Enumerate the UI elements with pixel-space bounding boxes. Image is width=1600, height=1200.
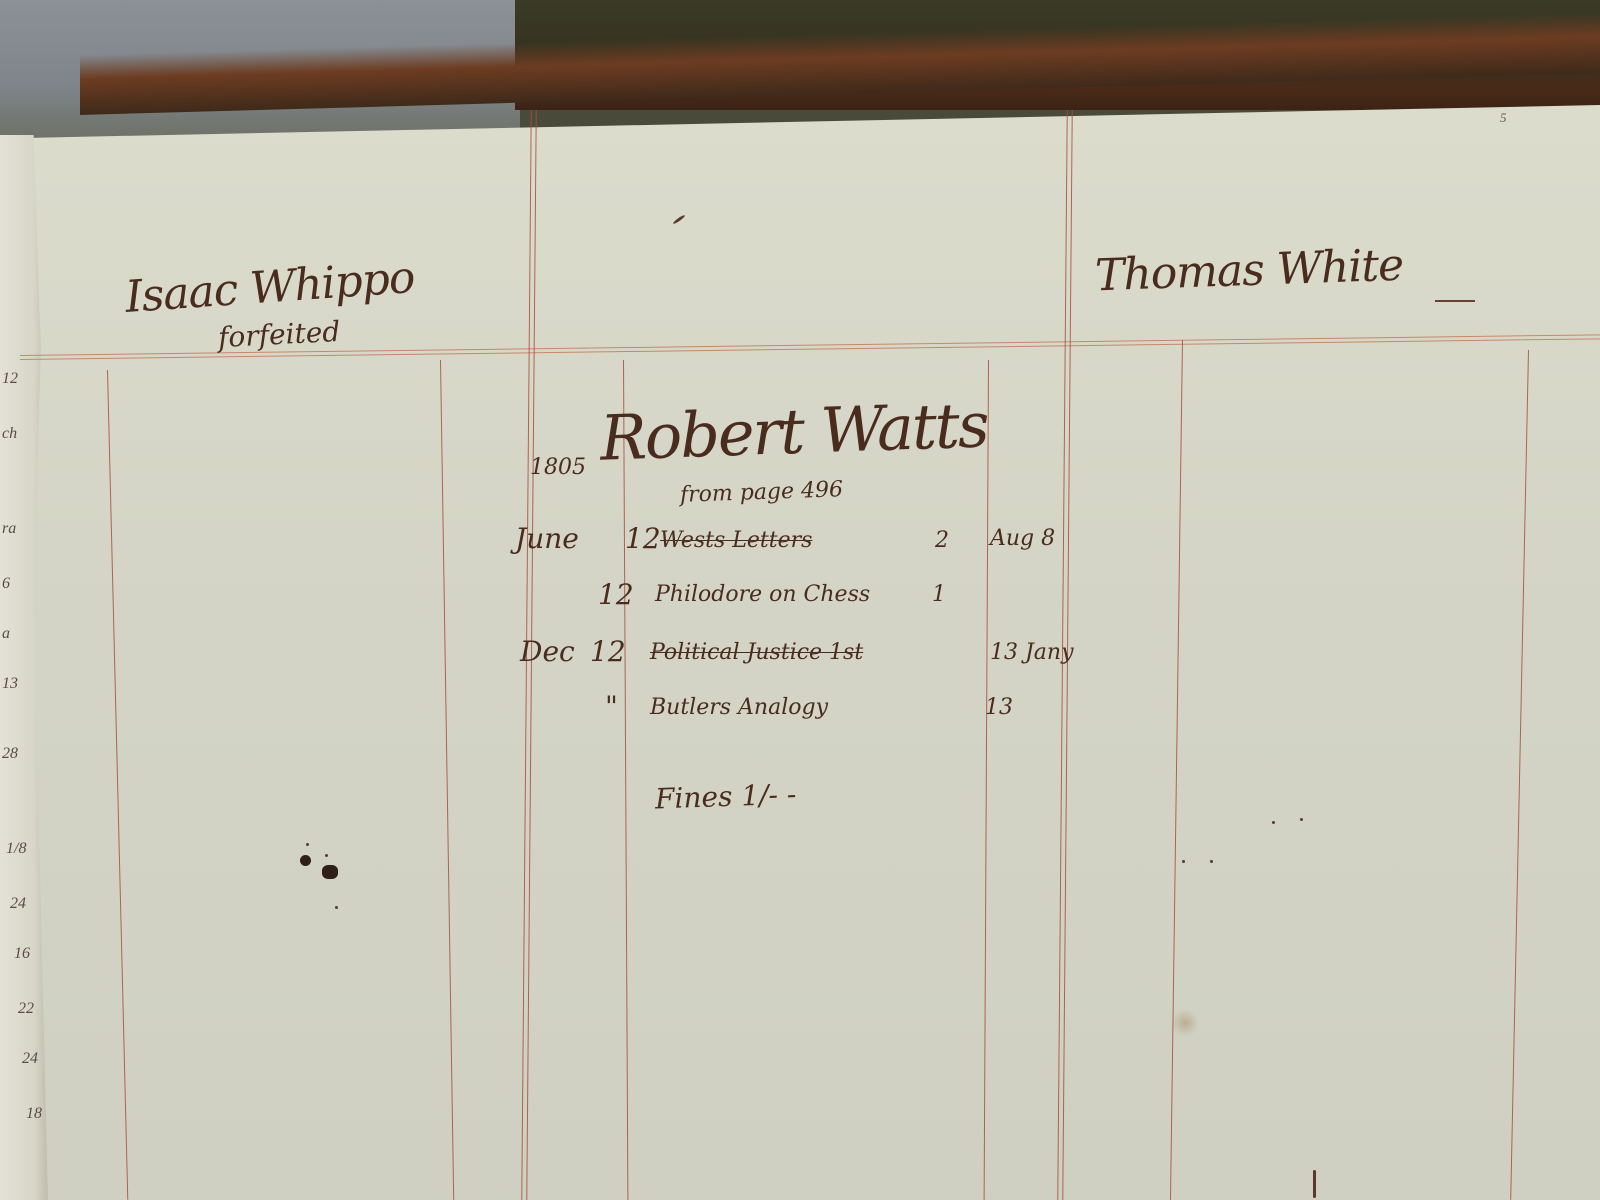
borrower-name: Thomas White: [1094, 240, 1404, 302]
ink-speck: [1182, 860, 1185, 863]
leaf-fragment: 1/8: [6, 840, 26, 858]
entry-month: Dec: [520, 635, 575, 668]
entry-title: Philodore on Chess: [655, 582, 870, 607]
ink-speck: [1300, 818, 1303, 821]
entry-month: June: [515, 522, 579, 555]
ink-speck: [306, 843, 309, 846]
leaf-fragment: 22: [18, 1000, 34, 1018]
entry-title: Butlers Analogy: [650, 695, 828, 720]
leaf-fragment: a: [2, 625, 10, 643]
entry-returned: 13 Jany: [990, 640, 1074, 665]
ink-speck: [1313, 1170, 1316, 1198]
entry-month: ": [605, 690, 618, 723]
leaf-fragment: 13: [2, 675, 18, 693]
ink-speck: [335, 906, 338, 909]
leaf-fragment: 16: [14, 945, 30, 963]
entry-title: Wests Letters: [660, 528, 812, 553]
entry-day: 12: [590, 635, 626, 668]
leaf-fragment: 6: [2, 575, 10, 593]
leaf-fragment: 24: [10, 895, 26, 913]
ink-speck: [1272, 821, 1275, 824]
entry-day: 12: [625, 522, 661, 555]
entry-title: Political Justice 1st: [650, 640, 863, 665]
ink-speck: [1210, 860, 1213, 863]
entry-returned: 13: [985, 695, 1013, 720]
ink-blot: [322, 865, 338, 879]
leaf-fragment: 24: [22, 1050, 38, 1068]
ink-speck: [325, 854, 328, 857]
borrower-name: Robert Watts: [599, 388, 989, 474]
leaf-fragment: 18: [26, 1105, 42, 1123]
leaf-fragment: ra: [2, 520, 16, 538]
entry-day: 12: [598, 578, 634, 611]
page-number: 5: [1500, 110, 1507, 126]
entry-year: 1805: [530, 455, 586, 480]
entry-volumes: 2: [935, 528, 949, 553]
leaf-fragment: 28: [2, 745, 18, 763]
ink-blot: [300, 855, 311, 866]
borrower-annotation: forfeited: [217, 315, 341, 354]
foxing-stain: [1172, 1008, 1198, 1038]
ledger-photograph: 5 12 ch ra 6 a 13 28 1/8 24 16 22 24 18 …: [0, 0, 1600, 1200]
fines-note: Fines 1/- -: [654, 778, 796, 816]
entry-volumes: 1: [932, 582, 946, 607]
flourish-dash: [1435, 300, 1475, 302]
leaf-fragment: 12: [2, 370, 18, 388]
entry-returned: Aug 8: [990, 526, 1055, 551]
leaf-fragment: ch: [2, 425, 17, 443]
